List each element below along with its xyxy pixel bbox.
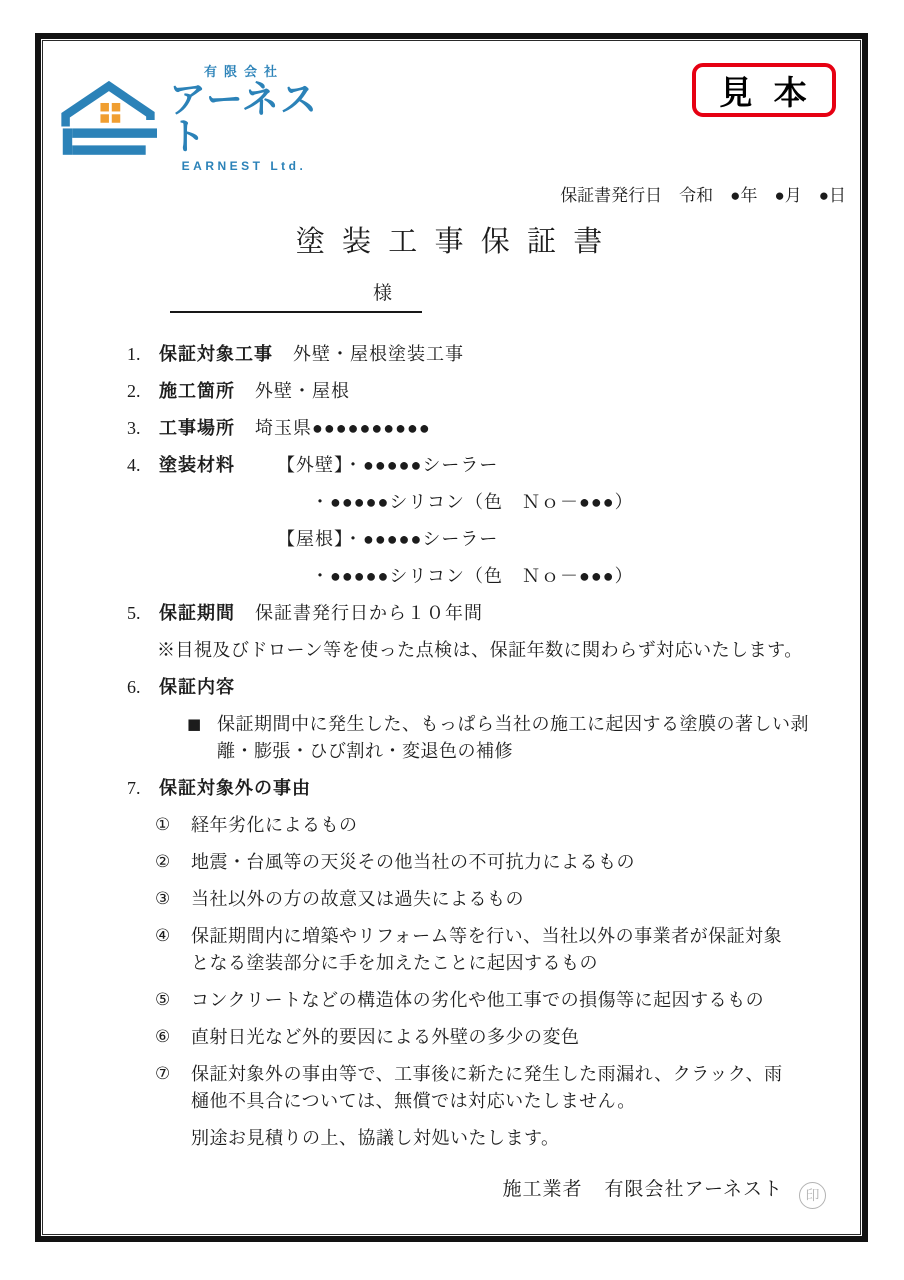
coverage-line: 保証期間中に発生した、もっぱら当社の施工に起因する塗膜の著しい剥 — [217, 711, 809, 738]
exclusion-item-5: ⑤ コンクリートなどの構造体の劣化や他工事での損傷等に起因するもの — [155, 987, 842, 1014]
warranty-document-page: { "colors": { "brand_blue": "#2b82b8", "… — [0, 0, 904, 1280]
item-label: 保証期間 — [159, 600, 235, 627]
circled-number-icon: ⑦ — [155, 1061, 191, 1115]
sample-stamp: 見 本 — [692, 63, 836, 117]
exclusion-item-1: ① 経年劣化によるもの — [155, 812, 842, 839]
paint-materials-block: 【外壁】・●●●●●シーラー ・●●●●●シリコン（色 Ｎｏ－●●●） 【屋根】… — [277, 452, 634, 590]
item-label: 施工箇所 — [159, 378, 235, 405]
signature-line: 施工業者有限会社アーネスト印 — [43, 1174, 826, 1209]
contractor-company-name: 有限会社アーネスト — [605, 1179, 783, 1200]
exclusion-item-2: ② 地震・台風等の天災その他当社の不可抗力によるもの — [155, 849, 842, 876]
page-title: 塗 装 工 事 保 証 書 — [43, 219, 860, 260]
exclusion-text: コンクリートなどの構造体の劣化や他工事での損傷等に起因するもの — [191, 987, 764, 1014]
exclusion-line: 樋他不具合については、無償では対応いたしません。 — [191, 1088, 783, 1115]
house-logo-icon — [59, 79, 157, 159]
exclusion-text: 経年劣化によるもの — [191, 812, 358, 839]
issue-date-line: 保証書発行日 令和 ●年 ●月 ●日 — [43, 181, 860, 206]
item-value: 埼玉県●●●●●●●●●● — [255, 415, 431, 442]
circled-number-icon: ④ — [155, 923, 191, 977]
warranty-items-list: 1. 保証対象工事 外壁・屋根塗装工事 2. 施工箇所 外壁・屋根 3. 工事場… — [43, 341, 860, 1152]
material-line: 【外壁】・●●●●●シーラー — [277, 452, 634, 479]
warranty-coverage-bullet: ■ 保証期間中に発生した、もっぱら当社の施工に起因する塗膜の著しい剥 離・膨張・… — [187, 711, 842, 765]
document-border-frame: 有限会社 アーネスト EARNEST Ltd. 見 本 保証書発行日 令和 ●年… — [35, 33, 868, 1242]
item-label: 保証対象外の事由 — [159, 775, 311, 802]
list-item-6: 6. 保証内容 — [127, 674, 842, 701]
item-value: 外壁・屋根 — [255, 378, 350, 405]
company-prefix: 有限会社 — [204, 65, 284, 78]
circled-number-icon: ③ — [155, 886, 191, 913]
item-label: 塗装材料 — [159, 452, 235, 590]
circled-number-icon: ⑥ — [155, 1024, 191, 1051]
circled-number-icon: ⑤ — [155, 987, 191, 1014]
item-label: 工事場所 — [159, 415, 235, 442]
customer-name-line: 様 — [170, 278, 422, 313]
coverage-text: 保証期間中に発生した、もっぱら当社の施工に起因する塗膜の著しい剥 離・膨張・ひび… — [217, 711, 809, 765]
exclusion-line: となる塗装部分に手を加えたことに起因するもの — [191, 950, 782, 977]
item-label: 保証内容 — [159, 674, 235, 701]
circled-number-icon: ① — [155, 812, 191, 839]
item-number: 3. — [127, 415, 159, 442]
list-item-3: 3. 工事場所 埼玉県●●●●●●●●●● — [127, 415, 842, 442]
document-content: 有限会社 アーネスト EARNEST Ltd. 見 本 保証書発行日 令和 ●年… — [43, 41, 860, 1234]
company-logo: 有限会社 アーネスト EARNEST Ltd. — [59, 65, 319, 172]
document-header: 有限会社 アーネスト EARNEST Ltd. 見 本 — [43, 41, 860, 177]
item-number: 5. — [127, 600, 159, 627]
square-bullet-icon: ■ — [187, 711, 217, 765]
exclusion-item-3: ③ 当社以外の方の故意又は過失によるもの — [155, 886, 842, 913]
item-number: 2. — [127, 378, 159, 405]
list-item-7: 7. 保証対象外の事由 — [127, 775, 842, 802]
item-number: 1. — [127, 341, 159, 368]
item-number: 4. — [127, 452, 159, 590]
list-item-4: 4. 塗装材料 【外壁】・●●●●●シーラー ・●●●●●シリコン（色 Ｎｏ－●… — [127, 452, 842, 590]
item-number: 7. — [127, 775, 159, 802]
exclusion-line: 保証対象外の事由等で、工事後に新たに発生した雨漏れ、クラック、雨 — [191, 1061, 783, 1088]
exclusion-text: 直射日光など外的要因による外壁の多少の変色 — [191, 1024, 580, 1051]
exclusion-text: 地震・台風等の天災その他当社の不可抗力によるもの — [191, 849, 635, 876]
item-value: 外壁・屋根塗装工事 — [293, 341, 464, 368]
exclusion-item-6: ⑥ 直射日光など外的要因による外壁の多少の変色 — [155, 1024, 842, 1051]
list-item-5: 5. 保証期間 保証書発行日から１０年間 — [127, 600, 842, 627]
contractor-label: 施工業者 — [503, 1179, 583, 1200]
exclusion-item-4: ④ 保証期間内に増築やリフォーム等を行い、当社以外の事業者が保証対象 となる塗装… — [155, 923, 842, 977]
company-name-en: EARNEST Ltd. — [182, 160, 307, 172]
exclusion-text: 保証期間内に増築やリフォーム等を行い、当社以外の事業者が保証対象 となる塗装部分… — [191, 923, 782, 977]
item-value: 保証書発行日から１０年間 — [255, 600, 483, 627]
material-line: ・●●●●●シリコン（色 Ｎｏ－●●●） — [311, 563, 634, 590]
inspection-note: ※目視及びドローン等を使った点検は、保証年数に関わらず対応いたします。 — [157, 637, 842, 664]
exclusion-item-7: ⑦ 保証対象外の事由等で、工事後に新たに発生した雨漏れ、クラック、雨 樋他不具合… — [155, 1061, 842, 1115]
exclusion-text: 保証対象外の事由等で、工事後に新たに発生した雨漏れ、クラック、雨 樋他不具合につ… — [191, 1061, 783, 1115]
closing-note: 別途お見積りの上、協議し対処いたします。 — [191, 1125, 842, 1152]
company-name: アーネスト — [169, 81, 319, 155]
seal-stamp-icon: 印 — [799, 1182, 826, 1209]
item-number: 6. — [127, 674, 159, 701]
coverage-line: 離・膨張・ひび割れ・変退色の補修 — [217, 738, 809, 765]
list-item-1: 1. 保証対象工事 外壁・屋根塗装工事 — [127, 341, 842, 368]
circled-number-icon: ② — [155, 849, 191, 876]
material-line: 【屋根】・●●●●●シーラー — [277, 526, 634, 553]
exclusion-text: 当社以外の方の故意又は過失によるもの — [191, 886, 524, 913]
logo-text-block: 有限会社 アーネスト EARNEST Ltd. — [169, 65, 319, 172]
material-line: ・●●●●●シリコン（色 Ｎｏ－●●●） — [311, 489, 634, 516]
exclusion-line: 保証期間内に増築やリフォーム等を行い、当社以外の事業者が保証対象 — [191, 923, 782, 950]
item-label: 保証対象工事 — [159, 341, 273, 368]
list-item-2: 2. 施工箇所 外壁・屋根 — [127, 378, 842, 405]
